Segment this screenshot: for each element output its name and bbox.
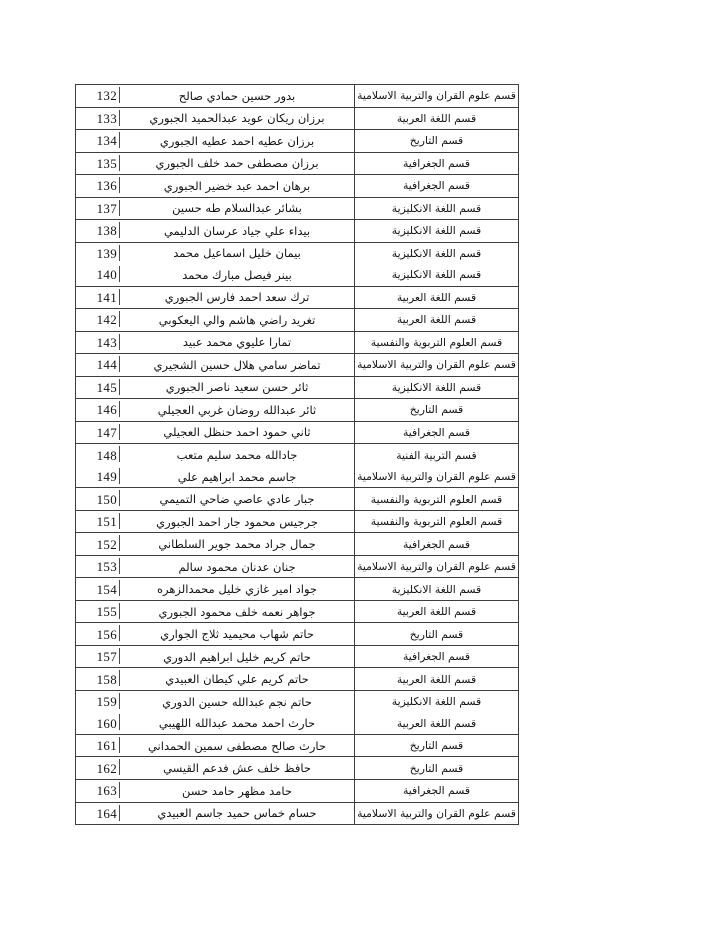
row-number: 159 [97,695,120,708]
department-name: قسم علوم القران والتربية الاسلامية [357,807,516,820]
person-name-cell: حسام خماس حميد جاسم العبيدي [120,803,354,825]
department-cell: قسم الجغرافية [354,175,518,197]
department-name: قسم علوم القران والتربية الاسلامية [357,470,516,483]
department-name: قسم العلوم التربوية والنفسية [371,493,502,506]
scanned-document-page: 132 بدور حسين حمادي صالح قسم علوم القران… [0,0,720,932]
department-cell: قسم علوم القران والتربية الاسلامية [354,803,518,825]
row-number-cell: 155 [76,601,120,623]
person-name-cell: برهان احمد عبد خضير الجبوري [120,175,354,197]
department-name: قسم اللغة الانكليزية [392,202,481,215]
person-name-cell: ثائر عبدالله روضان غربي العجيلي [120,399,354,421]
department-cell: قسم التربية الفنية [354,444,518,466]
row-number: 148 [97,449,120,462]
row-number: 142 [97,313,120,326]
person-name-cell: حافظ خلف عش فدعم القيسي [120,757,354,779]
person-name: جمال جراد محمد جوير السلطاني [158,537,315,551]
person-name: ثاني حمود احمد حنظل العجيلي [163,425,310,439]
row-number-cell: 141 [76,287,120,309]
department-cell: قسم اللغة العربية [354,712,518,734]
person-name: بدور حسين حمادي صالح [179,89,295,103]
table-row: 132 بدور حسين حمادي صالح قسم علوم القران… [76,85,518,108]
table-row: 163 حامد مظهر حامد حسن قسم الجغرافية [76,780,518,803]
department-name: قسم اللغة الانكليزية [392,224,481,237]
department-cell: قسم علوم القران والتربية الاسلامية [354,354,518,376]
person-name-cell: بيمان خليل اسماعيل محمد [120,243,354,265]
person-name: تماضر سامي هلال حسين الشجيري [153,358,320,372]
row-number-cell: 148 [76,444,120,466]
row-number-cell: 156 [76,623,120,645]
row-number: 158 [97,673,120,686]
row-number-cell: 142 [76,309,120,331]
department-name: قسم اللغة العربية [397,605,476,618]
department-name: قسم علوم القران والتربية الاسلامية [357,560,516,573]
table-row: 162 حافظ خلف عش فدعم القيسي قسم التاريخ [76,757,518,780]
table-row: 143 تمارا عليوي محمد عبيد قسم العلوم الت… [76,332,518,355]
person-name-cell: جواهر نعمه خلف محمود الجبوري [120,601,354,623]
staff-table: 132 بدور حسين حمادي صالح قسم علوم القران… [75,84,519,825]
row-number-cell: 143 [76,332,120,354]
row-number-cell: 153 [76,556,120,578]
person-name-cell: ثائر حسن سعيد ناصر الجبوري [120,377,354,399]
person-name: حافظ خلف عش فدعم القيسي [163,761,311,775]
department-name: قسم التاريخ [410,762,463,775]
department-cell: قسم اللغة العربية [354,668,518,690]
table-row: 142 تغريد راضي هاشم والي اليعكوبي قسم ال… [76,309,518,332]
row-number-cell: 137 [76,198,120,220]
row-number-cell: 135 [76,153,120,175]
department-name: قسم علوم القران والتربية الاسلامية [357,89,516,102]
table-row: 134 برزان عطيه احمد عطيه الجبوري قسم الت… [76,130,518,153]
row-number: 133 [97,112,120,125]
person-name: حارث احمد محمد عبدالله اللهيبي [159,716,315,730]
row-number-cell: 159 [76,691,120,713]
row-number-cell: 164 [76,803,120,825]
person-name: بينر فيصل مبارك محمد [182,268,292,282]
department-name: قسم اللغة العربية [397,112,476,125]
department-name: قسم الجغرافية [403,538,470,551]
department-name: قسم الجغرافية [403,784,470,797]
table-row: 158 حاتم كريم علي كيطان العبيدي قسم اللغ… [76,668,518,691]
person-name: بيمان خليل اسماعيل محمد [173,246,301,260]
table-row: 154 جواد امير غازي خليل محمدالزهره قسم ا… [76,578,518,601]
person-name: تغريد راضي هاشم والي اليعكوبي [159,313,316,327]
table-row: 152 جمال جراد محمد جوير السلطاني قسم الج… [76,533,518,556]
person-name: حاتم كريم خليل ابراهيم الدوري [163,650,311,664]
row-number: 134 [97,134,120,147]
row-number-cell: 144 [76,354,120,376]
department-name: قسم اللغة الانكليزية [392,247,481,260]
row-number: 140 [97,268,120,281]
row-number-cell: 150 [76,488,120,510]
person-name-cell: بدور حسين حمادي صالح [120,85,354,107]
person-name: جنان عدنان محمود سالم [178,560,295,574]
row-number-cell: 146 [76,399,120,421]
department-name: قسم الجغرافية [403,650,470,663]
department-cell: قسم العلوم التربوية والنفسية [354,488,518,510]
department-name: قسم اللغة الانكليزية [392,583,481,596]
department-name: قسم التاريخ [410,628,463,641]
table-row: 139 بيمان خليل اسماعيل محمد قسم اللغة ال… [76,243,518,265]
row-number: 143 [97,336,120,349]
table-row: 135 برزان مصطفى حمد خلف الجبوري قسم الجغ… [76,153,518,176]
person-name: ترك سعد احمد فارس الجبوري [165,290,310,304]
department-name: قسم اللغة العربية [397,291,476,304]
department-cell: قسم اللغة الانكليزية [354,243,518,265]
department-name: قسم اللغة الانكليزية [392,695,481,708]
person-name-cell: جمال جراد محمد جوير السلطاني [120,533,354,555]
person-name-cell: جبار عادي عاصي ضاحي التميمي [120,488,354,510]
row-number: 141 [97,291,120,304]
row-number: 155 [97,605,120,618]
person-name: جبار عادي عاصي ضاحي التميمي [160,492,315,506]
department-cell: قسم علوم القران والتربية الاسلامية [354,556,518,578]
person-name: حاتم نجم عبدالله حسين الدوري [162,695,312,709]
person-name: جاسم محمد ابراهيم علي [178,470,297,484]
department-name: قسم التاريخ [410,134,463,147]
row-number: 156 [97,628,120,641]
row-number-cell: 145 [76,377,120,399]
table-row: 156 حاتم شهاب محيميد ثلاج الجواري قسم ال… [76,623,518,646]
person-name-cell: جادالله محمد سليم متعب [120,444,354,466]
person-name: جواد امير غازي خليل محمدالزهره [157,582,317,596]
person-name-cell: برزان مصطفى حمد خلف الجبوري [120,153,354,175]
row-number-cell: 139 [76,243,120,265]
table-row: 136 برهان احمد عبد خضير الجبوري قسم الجغ… [76,175,518,198]
row-number-cell: 138 [76,220,120,242]
row-number: 135 [97,157,120,170]
table-row: 161 حارث صالح مصطفى سمين الحمداني قسم ال… [76,735,518,758]
person-name: برزان ريكان عويد عبدالحميد الجبوري [149,111,324,125]
department-name: قسم التاريخ [410,739,463,752]
department-cell: قسم الجغرافية [354,153,518,175]
row-number: 137 [97,202,120,215]
department-cell: قسم اللغة الانكليزية [354,220,518,242]
department-name: قسم اللغة العربية [397,673,476,686]
person-name: جادالله محمد سليم متعب [177,448,298,462]
department-cell: قسم الجغرافية [354,780,518,802]
table-row: 144 تماضر سامي هلال حسين الشجيري قسم علو… [76,354,518,377]
row-number: 161 [97,739,120,752]
department-cell: قسم علوم القران والتربية الاسلامية [354,466,518,488]
row-number-cell: 160 [76,712,120,734]
person-name-cell: تمارا عليوي محمد عبيد [120,332,354,354]
department-cell: قسم علوم القران والتربية الاسلامية [354,85,518,107]
department-name: قسم التربية الفنية [396,449,476,462]
department-name: قسم اللغة العربية [397,313,476,326]
person-name-cell: جرجيس محمود جار احمد الجبوري [120,511,354,533]
row-number: 160 [97,717,120,730]
person-name: حاتم كريم علي كيطان العبيدي [165,672,309,686]
department-name: قسم الجغرافية [403,157,470,170]
person-name-cell: حارث احمد محمد عبدالله اللهيبي [120,712,354,734]
table-row: 153 جنان عدنان محمود سالم قسم علوم القرا… [76,556,518,579]
department-cell: قسم اللغة العربية [354,601,518,623]
person-name: بشائر عبدالسلام طه حسين [172,201,302,215]
department-cell: قسم اللغة الانكليزية [354,691,518,713]
person-name-cell: حاتم كريم خليل ابراهيم الدوري [120,646,354,668]
person-name-cell: ثاني حمود احمد حنظل العجيلي [120,422,354,444]
person-name-cell: تغريد راضي هاشم والي اليعكوبي [120,309,354,331]
table-row: 140 بينر فيصل مبارك محمد قسم اللغة الانك… [76,264,518,287]
person-name-cell: جنان عدنان محمود سالم [120,556,354,578]
person-name: حارث صالح مصطفى سمين الحمداني [148,739,326,753]
table-row: 155 جواهر نعمه خلف محمود الجبوري قسم الل… [76,601,518,624]
table-row: 147 ثاني حمود احمد حنظل العجيلي قسم الجغ… [76,422,518,445]
person-name: ثائر حسن سعيد ناصر الجبوري [166,380,309,394]
person-name-cell: جاسم محمد ابراهيم علي [120,466,354,488]
table-row: 149 جاسم محمد ابراهيم علي قسم علوم القرا… [76,466,518,489]
department-cell: قسم اللغة الانكليزية [354,377,518,399]
person-name-cell: برزان عطيه احمد عطيه الجبوري [120,130,354,152]
row-number: 154 [97,583,120,596]
department-cell: قسم التاريخ [354,130,518,152]
person-name: بيداء علي جياد عرسان الدليمي [164,224,310,238]
table-row: 148 جادالله محمد سليم متعب قسم التربية ا… [76,444,518,466]
person-name-cell: حاتم كريم علي كيطان العبيدي [120,668,354,690]
row-number-cell: 132 [76,85,120,107]
department-cell: قسم اللغة الانكليزية [354,198,518,220]
department-name: قسم اللغة الانكليزية [392,381,481,394]
person-name-cell: حارث صالح مصطفى سمين الحمداني [120,735,354,757]
row-number: 151 [97,515,120,528]
department-name: قسم العلوم التربوية والنفسية [371,336,502,349]
department-name: قسم التاريخ [410,403,463,416]
table-row: 150 جبار عادي عاصي ضاحي التميمي قسم العل… [76,488,518,511]
row-number-cell: 149 [76,466,120,488]
table-row: 138 بيداء علي جياد عرسان الدليمي قسم الل… [76,220,518,243]
table-row: 145 ثائر حسن سعيد ناصر الجبوري قسم اللغة… [76,377,518,400]
row-number-cell: 136 [76,175,120,197]
person-name-cell: بيداء علي جياد عرسان الدليمي [120,220,354,242]
person-name-cell: ترك سعد احمد فارس الجبوري [120,287,354,309]
row-number: 164 [97,807,120,820]
table-row: 164 حسام خماس حميد جاسم العبيدي قسم علوم… [76,803,518,825]
person-name-cell: جواد امير غازي خليل محمدالزهره [120,578,354,600]
department-cell: قسم الجغرافية [354,646,518,668]
row-number: 138 [97,224,120,237]
row-number: 157 [97,650,120,663]
table-row: 133 برزان ريكان عويد عبدالحميد الجبوري ق… [76,108,518,131]
table-row: 160 حارث احمد محمد عبدالله اللهيبي قسم ا… [76,712,518,735]
person-name-cell: بينر فيصل مبارك محمد [120,264,354,286]
row-number-cell: 163 [76,780,120,802]
row-number: 144 [97,358,120,371]
table-row: 146 ثائر عبدالله روضان غربي العجيلي قسم … [76,399,518,422]
department-cell: قسم التاريخ [354,735,518,757]
department-cell: قسم الجغرافية [354,533,518,555]
person-name-cell: تماضر سامي هلال حسين الشجيري [120,354,354,376]
row-number-cell: 134 [76,130,120,152]
table-row: 159 حاتم نجم عبدالله حسين الدوري قسم الل… [76,691,518,713]
person-name: حسام خماس حميد جاسم العبيدي [157,806,316,820]
department-name: قسم اللغة الانكليزية [392,268,481,281]
row-number: 136 [97,179,120,192]
person-name-cell: برزان ريكان عويد عبدالحميد الجبوري [120,108,354,130]
person-name: حامد مظهر حامد حسن [182,784,292,798]
department-cell: قسم اللغة العربية [354,287,518,309]
department-cell: قسم اللغة العربية [354,309,518,331]
row-number: 163 [97,784,120,797]
row-number: 146 [97,403,120,416]
row-number-cell: 161 [76,735,120,757]
row-number-cell: 154 [76,578,120,600]
department-cell: قسم اللغة العربية [354,108,518,130]
department-cell: قسم اللغة الانكليزية [354,578,518,600]
department-cell: قسم التاريخ [354,623,518,645]
person-name-cell: حاتم نجم عبدالله حسين الدوري [120,691,354,713]
department-cell: قسم العلوم التربوية والنفسية [354,511,518,533]
person-name: ثائر عبدالله روضان غربي العجيلي [158,403,316,417]
department-cell: قسم التاريخ [354,757,518,779]
department-name: قسم اللغة العربية [397,717,476,730]
row-number-cell: 157 [76,646,120,668]
row-number: 162 [97,762,120,775]
row-number: 150 [97,493,120,506]
department-name: قسم الجغرافية [403,426,470,439]
department-cell: قسم اللغة الانكليزية [354,264,518,286]
row-number-cell: 147 [76,422,120,444]
person-name: حاتم شهاب محيميد ثلاج الجواري [160,627,314,641]
department-cell: قسم التاريخ [354,399,518,421]
department-name: قسم علوم القران والتربية الاسلامية [357,358,516,371]
person-name: برهان احمد عبد خضير الجبوري [164,179,311,193]
row-number-cell: 140 [76,264,120,286]
row-number-cell: 133 [76,108,120,130]
row-number: 152 [97,538,120,551]
person-name-cell: بشائر عبدالسلام طه حسين [120,198,354,220]
table-row: 157 حاتم كريم خليل ابراهيم الدوري قسم ال… [76,646,518,669]
person-name-cell: حامد مظهر حامد حسن [120,780,354,802]
department-cell: قسم العلوم التربوية والنفسية [354,332,518,354]
table-row: 137 بشائر عبدالسلام طه حسين قسم اللغة ال… [76,198,518,221]
row-number-cell: 151 [76,511,120,533]
person-name: برزان مصطفى حمد خلف الجبوري [155,156,318,170]
person-name: جواهر نعمه خلف محمود الجبوري [158,605,315,619]
row-number-cell: 152 [76,533,120,555]
table-row: 151 جرجيس محمود جار احمد الجبوري قسم الع… [76,511,518,534]
person-name-cell: حاتم شهاب محيميد ثلاج الجواري [120,623,354,645]
person-name: جرجيس محمود جار احمد الجبوري [156,515,318,529]
row-number-cell: 162 [76,757,120,779]
person-name: برزان عطيه احمد عطيه الجبوري [160,134,314,148]
row-number: 132 [97,89,120,102]
department-cell: قسم الجغرافية [354,422,518,444]
row-number: 147 [97,426,120,439]
table-row: 141 ترك سعد احمد فارس الجبوري قسم اللغة … [76,287,518,310]
row-number-cell: 158 [76,668,120,690]
row-number: 149 [97,470,120,483]
person-name: تمارا عليوي محمد عبيد [183,335,291,349]
row-number: 145 [97,381,120,394]
row-number: 139 [97,247,120,260]
department-name: قسم العلوم التربوية والنفسية [371,515,502,528]
department-name: قسم الجغرافية [403,179,470,192]
row-number: 153 [97,560,120,573]
